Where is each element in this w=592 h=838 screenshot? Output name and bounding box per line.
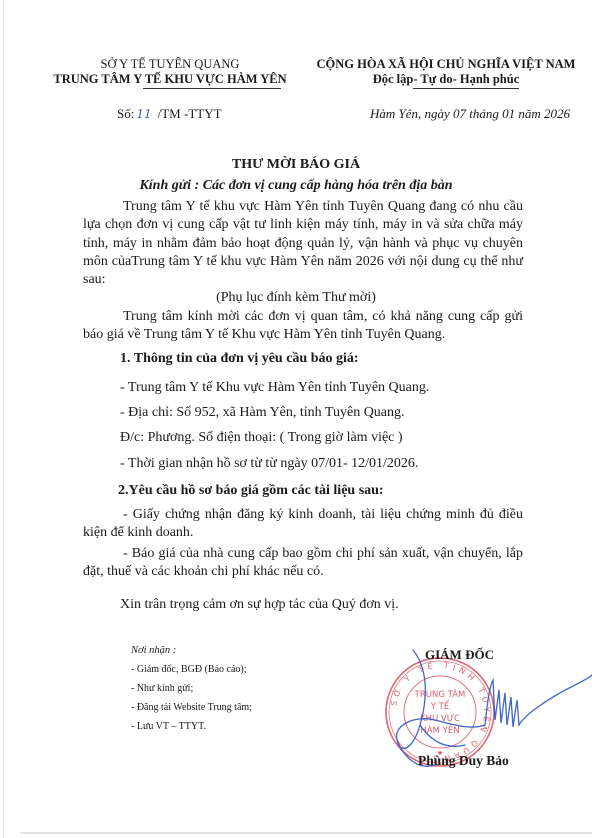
recipient-item: - Lưu VT – TTYT. [131, 717, 252, 736]
national-motto: Độc lập- Tự do- Hạnh phúc [300, 72, 592, 87]
page-edge [3, 0, 4, 838]
section-1-heading: 1. Thông tin của đơn vị yêu cầu báo giá: [120, 351, 359, 367]
section-2-item: - Báo giá của nhà cung cấp bao gồm chi p… [83, 545, 523, 582]
header-right: CỘNG HÒA XÃ HỘI CHỦ NGHĨA VIỆT NAM Độc l… [300, 57, 592, 87]
recipients-heading: Nơi nhận : [131, 641, 252, 660]
signer-name: Phùng Duy Bảo [418, 753, 509, 769]
number-suffix: /TM -TTYT [158, 106, 222, 121]
place-date: Hàm Yên, ngày 07 tháng 01 năm 2026 [370, 106, 570, 122]
document-title: THƯ MỜI BÁO GIÁ [0, 157, 592, 173]
addressee: Kính gửi : Các đơn vị cung cấp hàng hóa … [0, 178, 592, 194]
section-1-item: - Địa chỉ: Số 952, xã Hàm Yên, tỉnh Tuyê… [120, 405, 405, 421]
header-underline [143, 88, 281, 89]
department-name: SỞ Y TẾ TUYÊN QUANG [40, 57, 300, 72]
motto-underline [413, 88, 519, 89]
intro-paragraph: Trung tâm Y tế khu vực Hàm Yên tỉnh Tuyê… [83, 198, 523, 289]
section-1-item: - Trung tâm Y tế Khu vực Hàm Yên tỉnh Tu… [120, 380, 429, 396]
country-name: CỘNG HÒA XÃ HỘI CHỦ NGHĨA VIỆT NAM [300, 57, 592, 72]
recipient-item: - Đăng tải Website Trung tâm; [131, 698, 252, 717]
recipient-item: - Giám đốc, BGĐ (Báo cáo); [131, 660, 252, 679]
invitation-paragraph: Trung tâm kính mời các đơn vị quan tâm, … [83, 308, 523, 345]
header-left: SỞ Y TẾ TUYÊN QUANG TRUNG TÂM Y TẾ KHU V… [40, 57, 300, 87]
page-edge-bottom [20, 832, 592, 834]
handwritten-number: 11 [136, 107, 151, 121]
closing-text: Xin trân trọng cảm ơn sự hợp tác của Quý… [120, 597, 399, 613]
section-2-heading: 2.Yêu cầu hồ sơ báo giá gồm các tài liệu… [118, 483, 384, 499]
section-1-item: Đ/c: Phương. Số điện thoại: ( Trong giờ … [120, 430, 403, 446]
number-label: Số: [117, 106, 134, 121]
document-number: Số:11/TM -TTYT [117, 106, 222, 122]
section-2-item: - Giấy chứng nhận đăng ký kinh doanh, tà… [83, 506, 523, 543]
recipient-item: - Như kính gửi; [131, 679, 252, 698]
organization-name: TRUNG TÂM Y TẾ KHU VỰC HÀM YÊN [40, 72, 300, 87]
recipients-list: Nơi nhận : - Giám đốc, BGĐ (Báo cáo); - … [131, 641, 252, 736]
section-1-item: - Thời gian nhận hồ sơ từ từ ngày 07/01-… [120, 456, 418, 472]
appendix-note: (Phụ lục đính kèm Thư mời) [0, 290, 592, 306]
